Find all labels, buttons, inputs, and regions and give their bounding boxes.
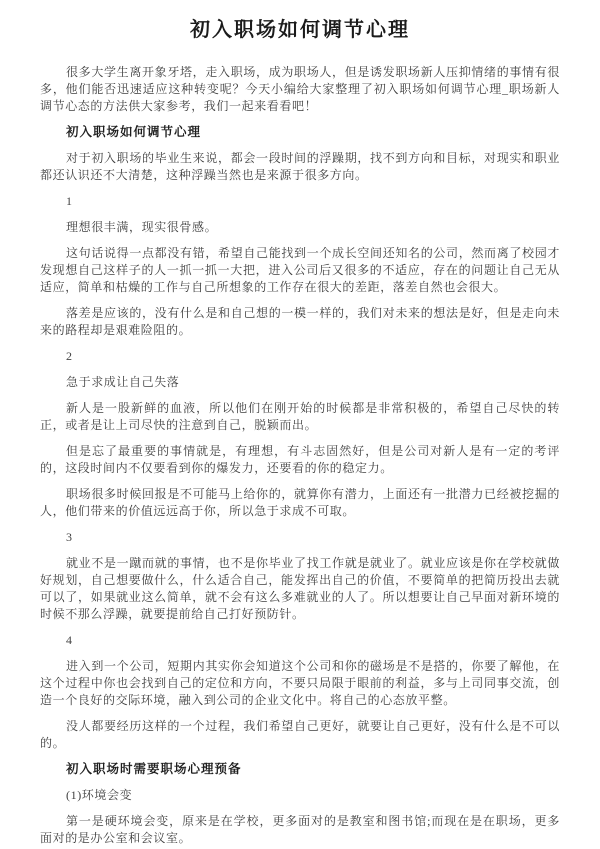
article-paragraph: 理想很丰满，现实很骨感。 [40,219,560,236]
intro-paragraph: 很多大学生离开象牙塔，走入职场，成为职场人，但是诱发职场新人压抑情绪的事情有很多… [40,64,560,115]
article-paragraph: 第一是硬环境会变，原来是在学校，更多面对的是教室和图书馆;而现在是在职场，更多面… [40,813,560,847]
article-paragraph: 但是忘了最重要的事情就是，有理想，有斗志固然好，但是公司对新人是有一定的考评的，… [40,443,560,477]
article-paragraph: 急于求成让自己失落 [40,374,560,391]
section-heading-1: 初入职场如何调节心理 [40,124,560,141]
article-paragraph: 就业不是一蹴而就的事情，也不是你毕业了找工作就是就业了。就业应该是你在学校就做好… [40,555,560,623]
article-paragraph: 没人都要经历这样的一个过程，我们希望自己更好，就要让自己更好，没有什么是不可以的… [40,718,560,752]
section-heading-2: 初入职场时需要职场心理预备 [40,761,560,778]
article-paragraph: 进入到一个公司，短期内其实你会知道这个公司和你的磁场是不是搭的，你要了解他，在这… [40,658,560,709]
article-paragraph: 这句话说得一点都没有错，希望自己能找到一个成长空间还知名的公司，然而离了校园才发… [40,245,560,296]
list-number-3: 3 [40,529,560,546]
article-paragraph: (1)环境会变 [40,787,560,804]
article-paragraph: 对于初入职场的毕业生来说，都会一段时间的浮躁期，找不到方向和目标，对现实和职业都… [40,150,560,184]
article-paragraph: 新人是一股新鲜的血液，所以他们在刚开始的时候都是非常积极的，希望自己尽快的转正，… [40,400,560,434]
list-number-2: 2 [40,348,560,365]
article-paragraph: 职场很多时候回报是不可能马上给你的，就算你有潜力，上面还有一批潜力已经被挖掘的人… [40,486,560,520]
list-number-4: 4 [40,632,560,649]
article-page: 初入职场如何调节心理 很多大学生离开象牙塔，走入职场，成为职场人，但是诱发职场新… [0,0,600,849]
article-paragraph: 落差是应该的，没有什么是和自己想的一模一样的，我们对未来的想法是好，但是走向未来… [40,305,560,339]
page-title: 初入职场如何调节心理 [40,16,560,44]
list-number-1: 1 [40,193,560,210]
